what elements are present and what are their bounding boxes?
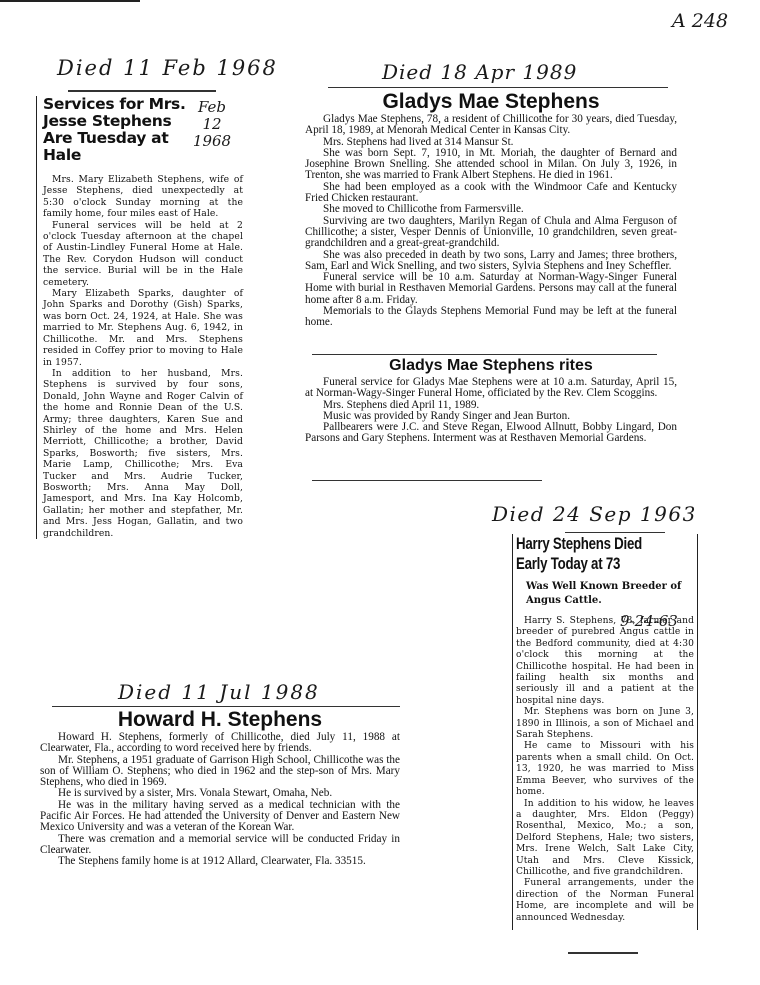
paragraph: She had been employed as a cook with the… — [305, 182, 677, 205]
paragraph: She moved to Chillicothe from Farmersvil… — [305, 204, 677, 215]
paragraph: The Stephens family home is at 1912 Alla… — [40, 856, 400, 867]
paragraph: Pallbearers were J.C. and Steve Regan, E… — [305, 422, 677, 445]
paragraph: He came to Missouri with his parents whe… — [516, 741, 694, 798]
paragraph: In addition to his widow, he leaves a da… — [516, 799, 694, 879]
harry-handwritten-note: 9-24-63 — [620, 612, 678, 630]
paragraph: Mary Elizabeth Sparks, daughter of John … — [43, 288, 243, 368]
divider-rule — [68, 90, 216, 92]
paragraph: He was in the military having served as … — [40, 800, 400, 834]
mary-body: Mrs. Mary Elizabeth Stephens, wife of Je… — [43, 174, 243, 539]
paragraph: Mr. Stephens was born on June 3, 1890 in… — [516, 707, 694, 741]
clipping-harry-stephens: Harry Stephens Died Early Today at 73 Wa… — [512, 534, 698, 930]
clipping-howard-stephens: Howard H. Stephens Howard H. Stephens, f… — [40, 708, 400, 868]
harry-headline: Harry Stephens Died Early Today at 73 — [516, 534, 655, 574]
harry-subheadline: Was Well Known Breeder of Angus Cattle. — [526, 580, 694, 608]
harry-body: Harry S. Stephens, 73, farmer and breede… — [516, 616, 694, 924]
divider-rule — [568, 952, 638, 954]
gladys-headline: Gladys Mae Stephens — [305, 90, 677, 114]
mary-headline: Services for Mrs. Jesse Stephens Are Tue… — [43, 96, 193, 164]
divider-rule — [52, 706, 400, 707]
howard-headline: Howard H. Stephens — [40, 708, 400, 732]
scan-edge-line — [0, 0, 140, 2]
paragraph: Surviving are two daughters, Marilyn Reg… — [305, 216, 677, 250]
howard-body: Howard H. Stephens, formerly of Chillico… — [40, 732, 400, 868]
harry-handwritten-date: Died 24 Sep 1963 — [492, 502, 697, 526]
paragraph: Funeral services will be held at 2 o'clo… — [43, 220, 243, 288]
divider-rule — [312, 480, 542, 481]
gladys-rites-headline: Gladys Mae Stephens rites — [305, 356, 677, 375]
paragraph: Funeral service for Gladys Mae Stephens … — [305, 377, 677, 400]
divider-rule — [328, 87, 668, 88]
howard-handwritten-date: Died 11 Jul 1988 — [118, 680, 320, 704]
divider-rule — [565, 532, 665, 533]
clipping-gladys-rites: Gladys Mae Stephens rites Funeral servic… — [305, 356, 677, 445]
paragraph: Mrs. Mary Elizabeth Stephens, wife of Je… — [43, 174, 243, 220]
clipping-gladys-stephens: Gladys Mae Stephens Gladys Mae Stephens,… — [305, 90, 677, 329]
paragraph: Howard H. Stephens, formerly of Chillico… — [40, 732, 400, 755]
paragraph: In addition to her husband, Mrs. Stephen… — [43, 368, 243, 539]
paragraph: There was cremation and a memorial servi… — [40, 834, 400, 857]
mary-handwritten-date: Died 11 Feb 1968 — [57, 56, 278, 80]
divider-rule — [312, 354, 657, 355]
paragraph: She was also preceded in death by two so… — [305, 250, 677, 273]
paragraph: Mr. Stephens, a 1951 graduate of Garriso… — [40, 755, 400, 789]
paragraph: Funeral service will be 10 a.m. Saturday… — [305, 272, 677, 306]
paragraph: Gladys Mae Stephens, 78, a resident of C… — [305, 114, 677, 137]
gladys-body: Gladys Mae Stephens, 78, a resident of C… — [305, 114, 677, 329]
paragraph: Memorials to the Glayds Stephens Memoria… — [305, 306, 677, 329]
clipping-mary-stephens: Services for Mrs. Jesse Stephens Are Tue… — [36, 96, 243, 539]
paragraph: Funeral arrangements, under the directio… — [516, 878, 694, 924]
paragraph: She was born Sept. 7, 1910, in Mt. Moria… — [305, 148, 677, 182]
gladys-rites-body: Funeral service for Gladys Mae Stephens … — [305, 377, 677, 445]
gladys-handwritten-date: Died 18 Apr 1989 — [382, 60, 577, 84]
page-reference-number: A 248 — [672, 10, 728, 32]
